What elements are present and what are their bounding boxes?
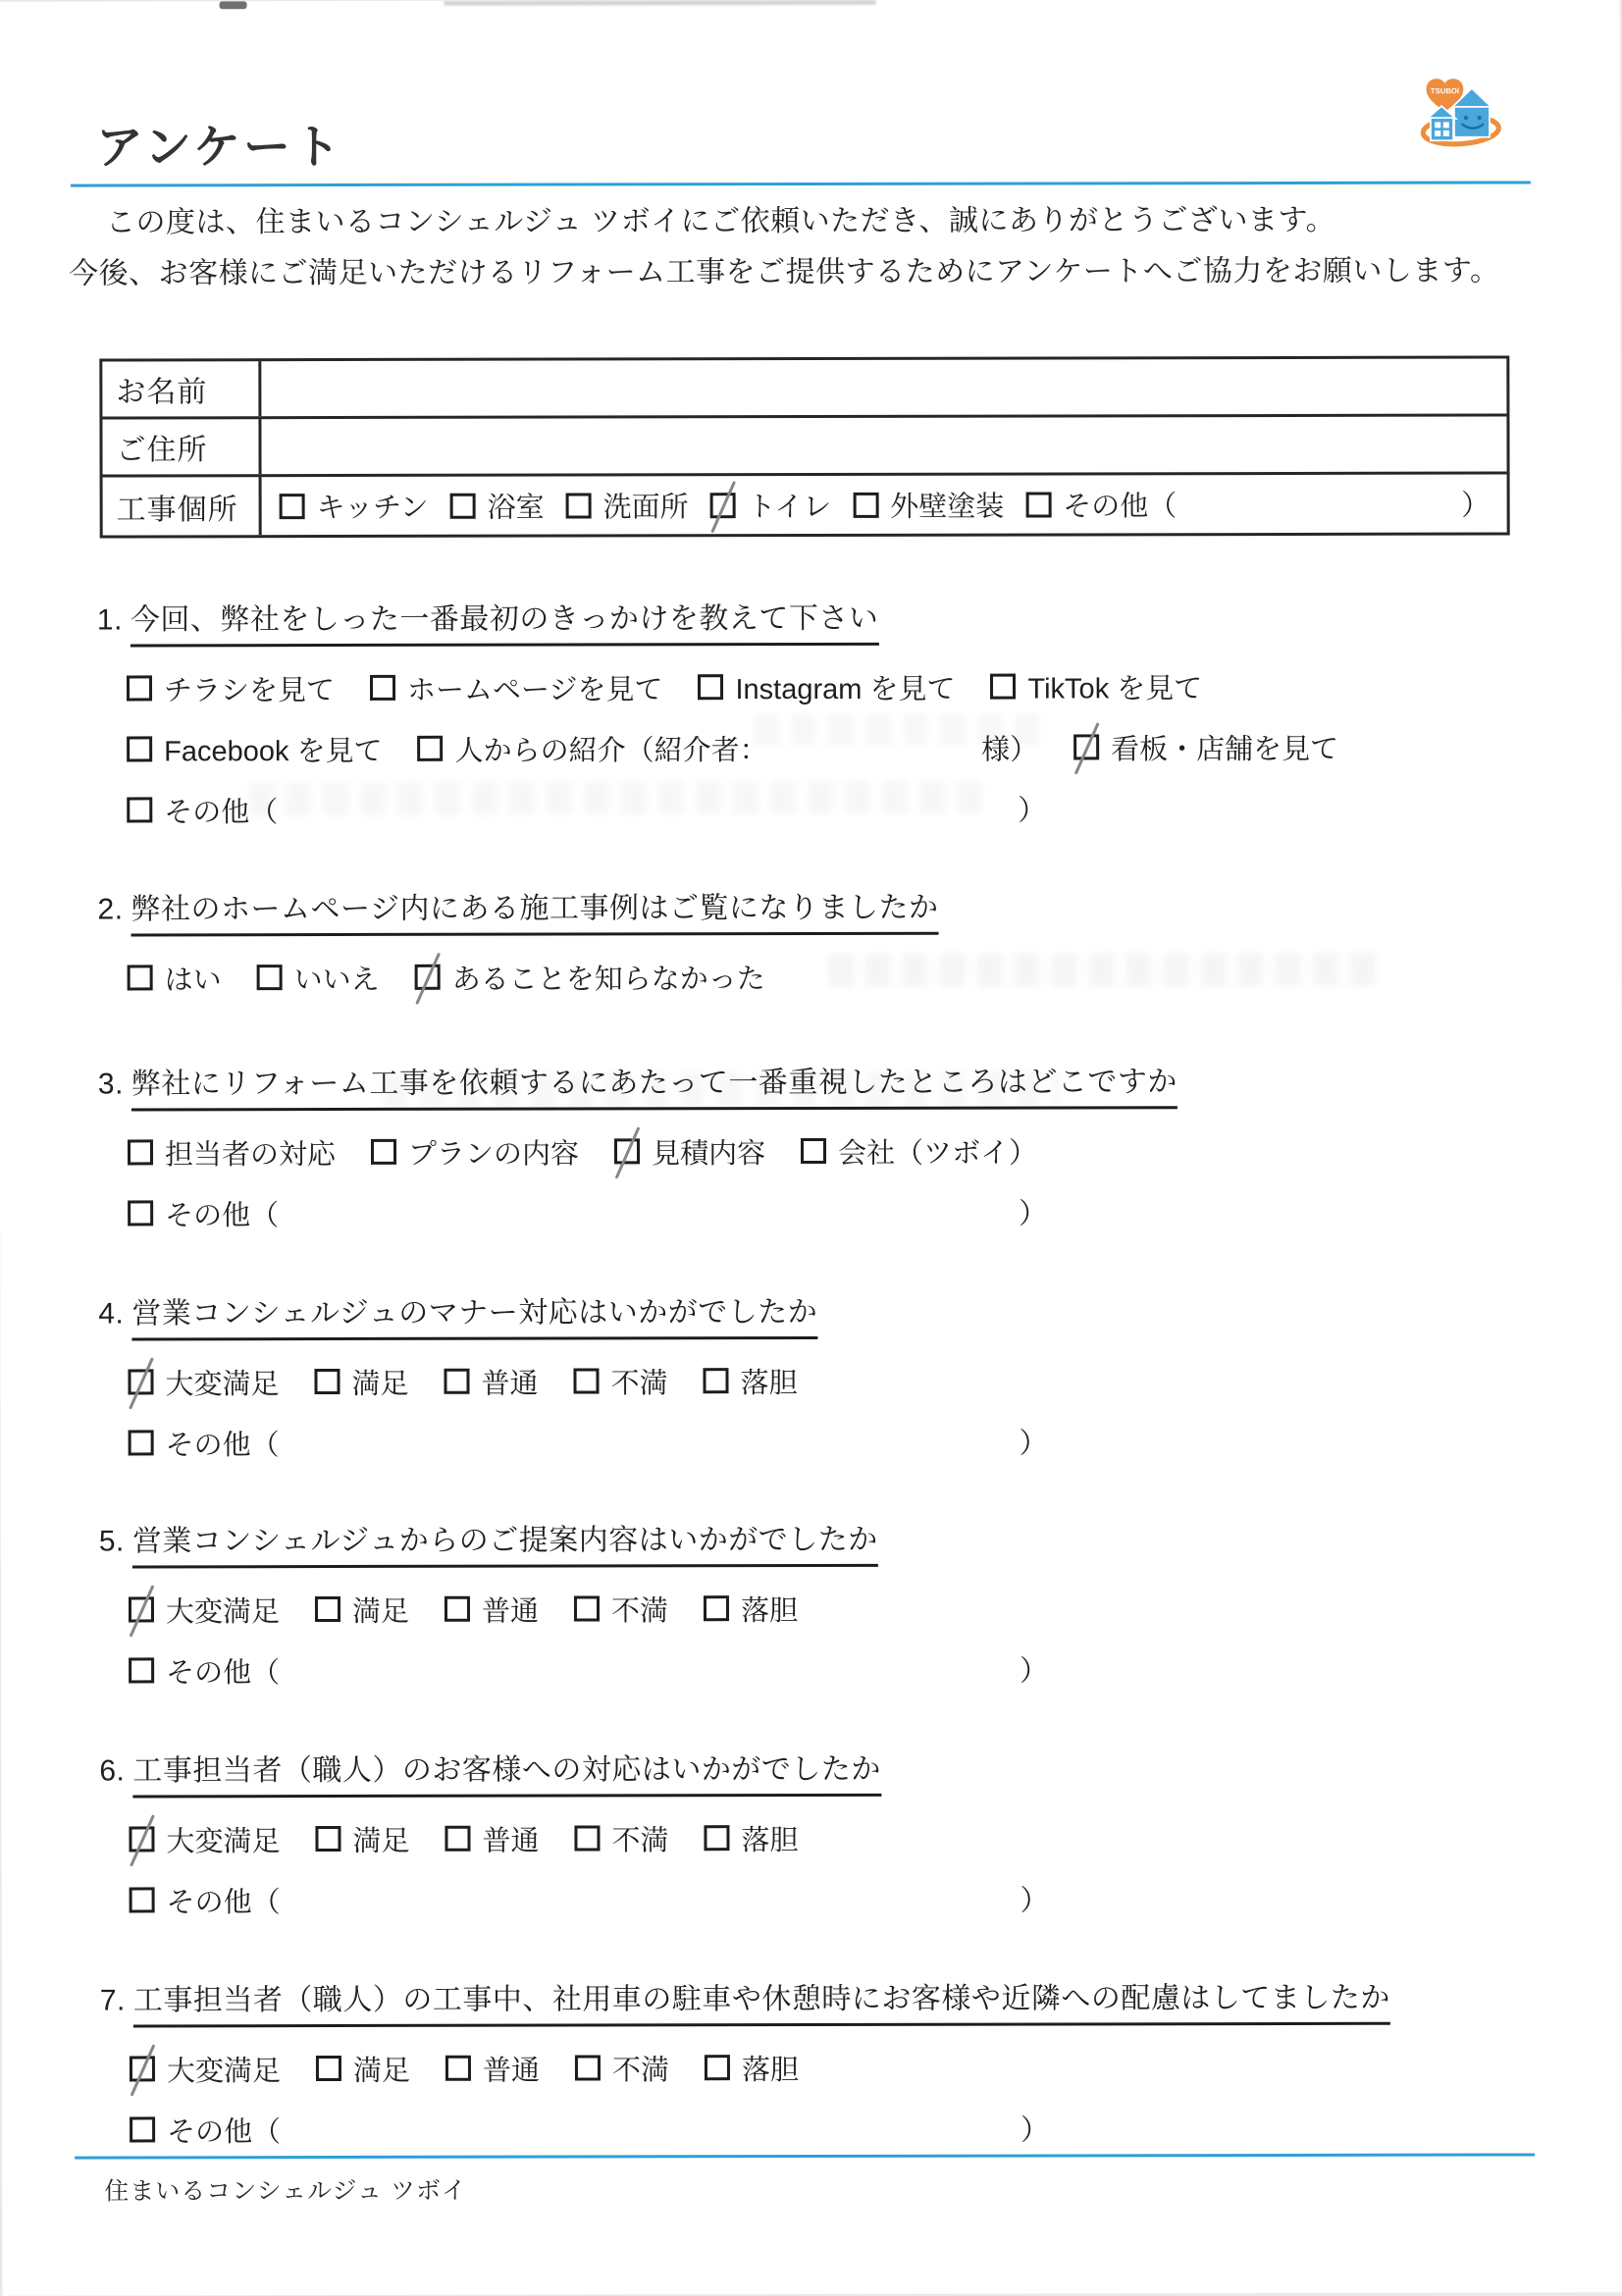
customer-info-table: お名前 ご住所 工事個所 キッチン 浴室 洗面所 トイレ	[99, 356, 1509, 539]
checkbox-icon[interactable]	[128, 1139, 153, 1165]
checkbox-option-exterior-paint[interactable]: 外壁塗装	[853, 485, 1004, 525]
name-field[interactable]	[261, 359, 1506, 417]
option-row: その他（ ）	[127, 787, 1540, 829]
question-title: 弊社にリフォーム工事を依頼するにあたって一番重視したところはどこですか	[131, 1057, 1177, 1111]
checkbox-option-tiktok[interactable]: TikTok を見て	[990, 666, 1202, 706]
checkbox-icon[interactable]	[418, 736, 444, 761]
intro-line-2: 今後、お客様にご満足いただけるリフォーム工事をご提供するためにアンケートへご協力…	[69, 245, 1570, 299]
checkbox-option-signboard[interactable]: 看板・店舗を見て	[1073, 726, 1338, 767]
checkbox-icon[interactable]	[280, 494, 305, 519]
checkbox-icon[interactable]	[566, 493, 592, 518]
checkbox-icon[interactable]	[316, 2056, 341, 2081]
question-number: 6.	[99, 1754, 125, 1787]
footer-rule	[75, 2153, 1535, 2159]
checkbox-icon[interactable]	[415, 965, 441, 990]
question-number: 1.	[97, 603, 123, 636]
checkbox-option-satisfied[interactable]: 満足	[315, 1818, 409, 1858]
checkbox-icon[interactable]	[130, 2116, 155, 2142]
checkbox-option-bath[interactable]: 浴室	[450, 486, 545, 526]
checkbox-option-dissatisfied[interactable]: 不満	[574, 1818, 668, 1858]
checkbox-icon[interactable]	[705, 2055, 730, 2080]
question-title: 工事担当者（職人）の工事中、社用車の駐車や休憩時にお客様や近隣への配慮はしてまし…	[133, 1973, 1390, 2028]
checkbox-option-staff-response[interactable]: 担当者の対応	[128, 1132, 336, 1173]
checkbox-option-disappointed[interactable]: 落胆	[704, 1818, 798, 1858]
header-rule	[71, 181, 1531, 186]
checkbox-icon[interactable]	[990, 674, 1016, 700]
checkbox-icon[interactable]	[128, 1369, 153, 1394]
option-row: はい いいえ あることを知らなかった	[128, 955, 1541, 997]
checkbox-option-satisfied[interactable]: 満足	[314, 1361, 408, 1401]
question-number: 2.	[97, 893, 123, 925]
checkbox-icon[interactable]	[1025, 492, 1051, 517]
table-row-address: ご住所	[102, 417, 1506, 478]
option-row: Facebook を見て 人からの紹介（紹介者： 様） 看板・店舗を見て	[127, 726, 1540, 768]
scan-artifact	[445, 0, 876, 6]
page-title: アンケート	[96, 109, 343, 178]
checkbox-icon[interactable]	[450, 493, 476, 518]
checkbox-icon[interactable]	[130, 1887, 155, 1912]
checkbox-icon[interactable]	[1073, 734, 1099, 759]
checkbox-option-dissatisfied[interactable]: 不満	[575, 2048, 669, 2088]
tsuboi-logo-icon: TSUBOI	[1419, 74, 1503, 156]
checkbox-option-satisfied[interactable]: 満足	[316, 2048, 410, 2088]
checkbox-icon[interactable]	[128, 965, 153, 990]
checkbox-option-disappointed[interactable]: 落胆	[704, 1361, 798, 1401]
logo-label: TSUBOI	[1431, 86, 1459, 95]
checkbox-option-homepage[interactable]: ホームページを見て	[370, 667, 663, 708]
table-row-name: お名前	[102, 359, 1506, 420]
company-logo: TSUBOI	[1419, 74, 1503, 156]
question-number: 5.	[99, 1525, 125, 1557]
name-label: お名前	[102, 361, 261, 416]
checkbox-option-satisfied[interactable]: 満足	[315, 1589, 409, 1629]
checkbox-option-other[interactable]: その他（ ）	[128, 1191, 1047, 1233]
question-title: 工事担当者（職人）のお客様への対応はいかがでしたか	[132, 1745, 881, 1799]
work-location-label: 工事個所	[103, 477, 262, 535]
checkbox-option-toilet[interactable]: トイレ	[710, 485, 832, 525]
question-3: 3.弊社にリフォーム工事を依頼するにあたって一番重視したところはどこですか 担当…	[98, 1056, 1541, 1232]
checkbox-option-other[interactable]: その他（ ）	[130, 2108, 1049, 2150]
checkbox-icon[interactable]	[129, 1430, 154, 1455]
checkbox-option-plan[interactable]: プランの内容	[371, 1131, 579, 1172]
checkbox-option-normal[interactable]: 普通	[445, 2048, 540, 2088]
scan-artifact	[220, 1, 247, 9]
checkbox-icon[interactable]	[801, 1138, 826, 1164]
checkbox-option-company[interactable]: 会社（ツボイ）	[801, 1130, 1037, 1172]
checkbox-option-other[interactable]: その他（ ）	[130, 1878, 1049, 1920]
option-row: チラシを見て ホームページを見て Instagram を見て TikTok を見…	[127, 665, 1540, 707]
option-row: その他（ ）	[129, 1647, 1542, 1690]
checkbox-option-dissatisfied[interactable]: 不満	[574, 1589, 668, 1629]
checkbox-icon[interactable]	[445, 1596, 470, 1622]
intro-text: この度は、住まいるコンシェルジュ ツボイにご依頼いただき、誠にありがとうございま…	[69, 194, 1570, 299]
checkbox-option-instagram[interactable]: Instagram を見て	[698, 666, 955, 707]
checkbox-option-facebook[interactable]: Facebook を見て	[127, 728, 383, 769]
checkbox-icon[interactable]	[129, 1826, 154, 1852]
work-location-options: キッチン 浴室 洗面所 トイレ 外壁塗装 その他（ ）	[262, 475, 1507, 536]
intro-line-1: この度は、住まいるコンシェルジュ ツボイにご依頼いただき、誠にありがとうございま…	[69, 194, 1570, 248]
question-title: 弊社のホームページ内にある施工事例はご覧になりましたか	[131, 883, 938, 937]
checkbox-icon[interactable]	[129, 1657, 154, 1683]
question-number: 7.	[100, 1984, 126, 2016]
checkbox-option-disappointed[interactable]: 落胆	[704, 1589, 798, 1629]
question-4: 4.営業コンシェルジュのマナー対応はいかがでしたか 大変満足 満足 普通 不満 …	[98, 1285, 1541, 1462]
checkbox-icon[interactable]	[574, 1595, 600, 1621]
checkbox-icon[interactable]	[574, 1825, 600, 1851]
checkbox-option-flyer[interactable]: チラシを見て	[127, 668, 335, 708]
checkbox-icon[interactable]	[575, 2055, 601, 2080]
checkbox-option-other[interactable]: その他（ ）	[1025, 484, 1490, 525]
option-row: 担当者の対応 プランの内容 見積内容 会社（ツボイ）	[128, 1129, 1541, 1172]
option-row: その他（ ）	[129, 1420, 1542, 1462]
checkbox-icon[interactable]	[705, 1825, 730, 1851]
checkbox-option-other[interactable]: その他（ ）	[129, 1648, 1048, 1691]
question-number: 4.	[98, 1297, 124, 1330]
checkbox-option-other[interactable]: その他（ ）	[127, 788, 1046, 830]
checkbox-icon[interactable]	[445, 1826, 470, 1852]
checkbox-icon[interactable]	[853, 492, 878, 517]
question-5: 5.営業コンシェルジュからのご提案内容はいかがでしたか 大変満足 満足 普通 不…	[99, 1513, 1542, 1690]
checkbox-icon[interactable]	[314, 1369, 340, 1394]
question-6: 6.工事担当者（職人）のお客様への対応はいかがでしたか 大変満足 満足 普通 不…	[99, 1743, 1542, 1919]
option-row: その他（ ）	[130, 1877, 1543, 1919]
option-row: その他（ ）	[128, 1190, 1541, 1232]
checkbox-icon[interactable]	[127, 797, 152, 822]
checkbox-icon[interactable]	[315, 1596, 340, 1622]
question-number: 3.	[98, 1068, 124, 1100]
checkbox-option-yes[interactable]: はい	[128, 958, 222, 998]
checkbox-icon[interactable]	[129, 1596, 154, 1622]
checkbox-icon[interactable]	[127, 736, 152, 761]
checkbox-option-normal[interactable]: 普通	[445, 1589, 539, 1629]
checkbox-option-referral[interactable]: 人からの紹介（紹介者： 様）	[418, 727, 1039, 768]
footer-company-name: 住まいるコンシェルジュ ツボイ	[104, 2171, 467, 2208]
survey-page: TSUBOI アンケート この度は、住まいるコンシェルジュ ツボイにご依頼いただ…	[0, 0, 1622, 2296]
checkbox-option-normal[interactable]: 普通	[444, 1361, 538, 1401]
checkbox-option-no[interactable]: いいえ	[257, 957, 380, 997]
checkbox-option-very-satisfied[interactable]: 大変満足	[129, 1590, 280, 1630]
checkbox-icon[interactable]	[614, 1138, 640, 1164]
option-row: 大変満足 満足 普通 不満 落胆	[130, 2046, 1543, 2088]
checkbox-icon[interactable]	[710, 493, 736, 518]
checkbox-icon[interactable]	[370, 675, 395, 701]
checkbox-icon[interactable]	[257, 965, 283, 990]
checkbox-icon[interactable]	[445, 1369, 470, 1394]
checkbox-icon[interactable]	[315, 1826, 340, 1852]
checkbox-option-other[interactable]: その他（ ）	[129, 1421, 1048, 1463]
checkbox-option-didnt-know[interactable]: あることを知らなかった	[415, 957, 765, 998]
checkbox-icon[interactable]	[698, 674, 723, 700]
checkbox-option-very-satisfied[interactable]: 大変満足	[128, 1362, 279, 1402]
checkbox-option-disappointed[interactable]: 落胆	[705, 2048, 799, 2088]
question-title: 今回、弊社をしった一番最初のきっかけを教えて下さい	[131, 594, 879, 648]
checkbox-option-washroom[interactable]: 洗面所	[566, 485, 689, 525]
checkbox-icon[interactable]	[127, 675, 152, 701]
checkbox-icon[interactable]	[704, 1595, 729, 1621]
checkbox-icon[interactable]	[371, 1139, 396, 1165]
option-row: 大変満足 満足 普通 不満 落胆	[129, 1587, 1542, 1629]
address-field[interactable]	[261, 417, 1506, 475]
option-row: 大変満足 満足 普通 不満 落胆	[129, 1816, 1542, 1858]
question-2: 2.弊社のホームページ内にある施工事例はご覧になりましたか はい いいえ あるこ…	[97, 881, 1540, 997]
checkbox-option-dissatisfied[interactable]: 不満	[574, 1361, 668, 1401]
option-row: 大変満足 満足 普通 不満 落胆	[128, 1359, 1541, 1401]
checkbox-icon[interactable]	[574, 1368, 600, 1393]
checkbox-option-very-satisfied[interactable]: 大変満足	[130, 2049, 281, 2089]
address-label: ご住所	[102, 419, 261, 474]
checkbox-option-very-satisfied[interactable]: 大変満足	[129, 1819, 280, 1859]
checkbox-option-normal[interactable]: 普通	[445, 1818, 539, 1858]
question-title: 営業コンシェルジュからのご提案内容はいかがでしたか	[132, 1515, 878, 1569]
table-row-work-location: 工事個所 キッチン 浴室 洗面所 トイレ 外壁塗装 その他（	[103, 475, 1507, 536]
question-7: 7.工事担当者（職人）の工事中、社用車の駐車や休憩時にお客様や近隣への配慮はして…	[100, 1972, 1543, 2149]
question-1: 1.今回、弊社をしった一番最初のきっかけを教えて下さい チラシを見て ホームペー…	[97, 592, 1540, 829]
checkbox-icon[interactable]	[445, 2056, 471, 2081]
checkbox-icon[interactable]	[130, 2056, 155, 2081]
checkbox-option-estimate[interactable]: 見積内容	[614, 1131, 765, 1172]
checkbox-icon[interactable]	[128, 1200, 153, 1226]
checkbox-icon[interactable]	[704, 1368, 729, 1393]
question-title: 営業コンシェルジュのマナー対応はいかがでしたか	[131, 1287, 817, 1340]
option-row: その他（ ）	[130, 2107, 1543, 2149]
checkbox-option-kitchen[interactable]: キッチン	[280, 486, 429, 526]
